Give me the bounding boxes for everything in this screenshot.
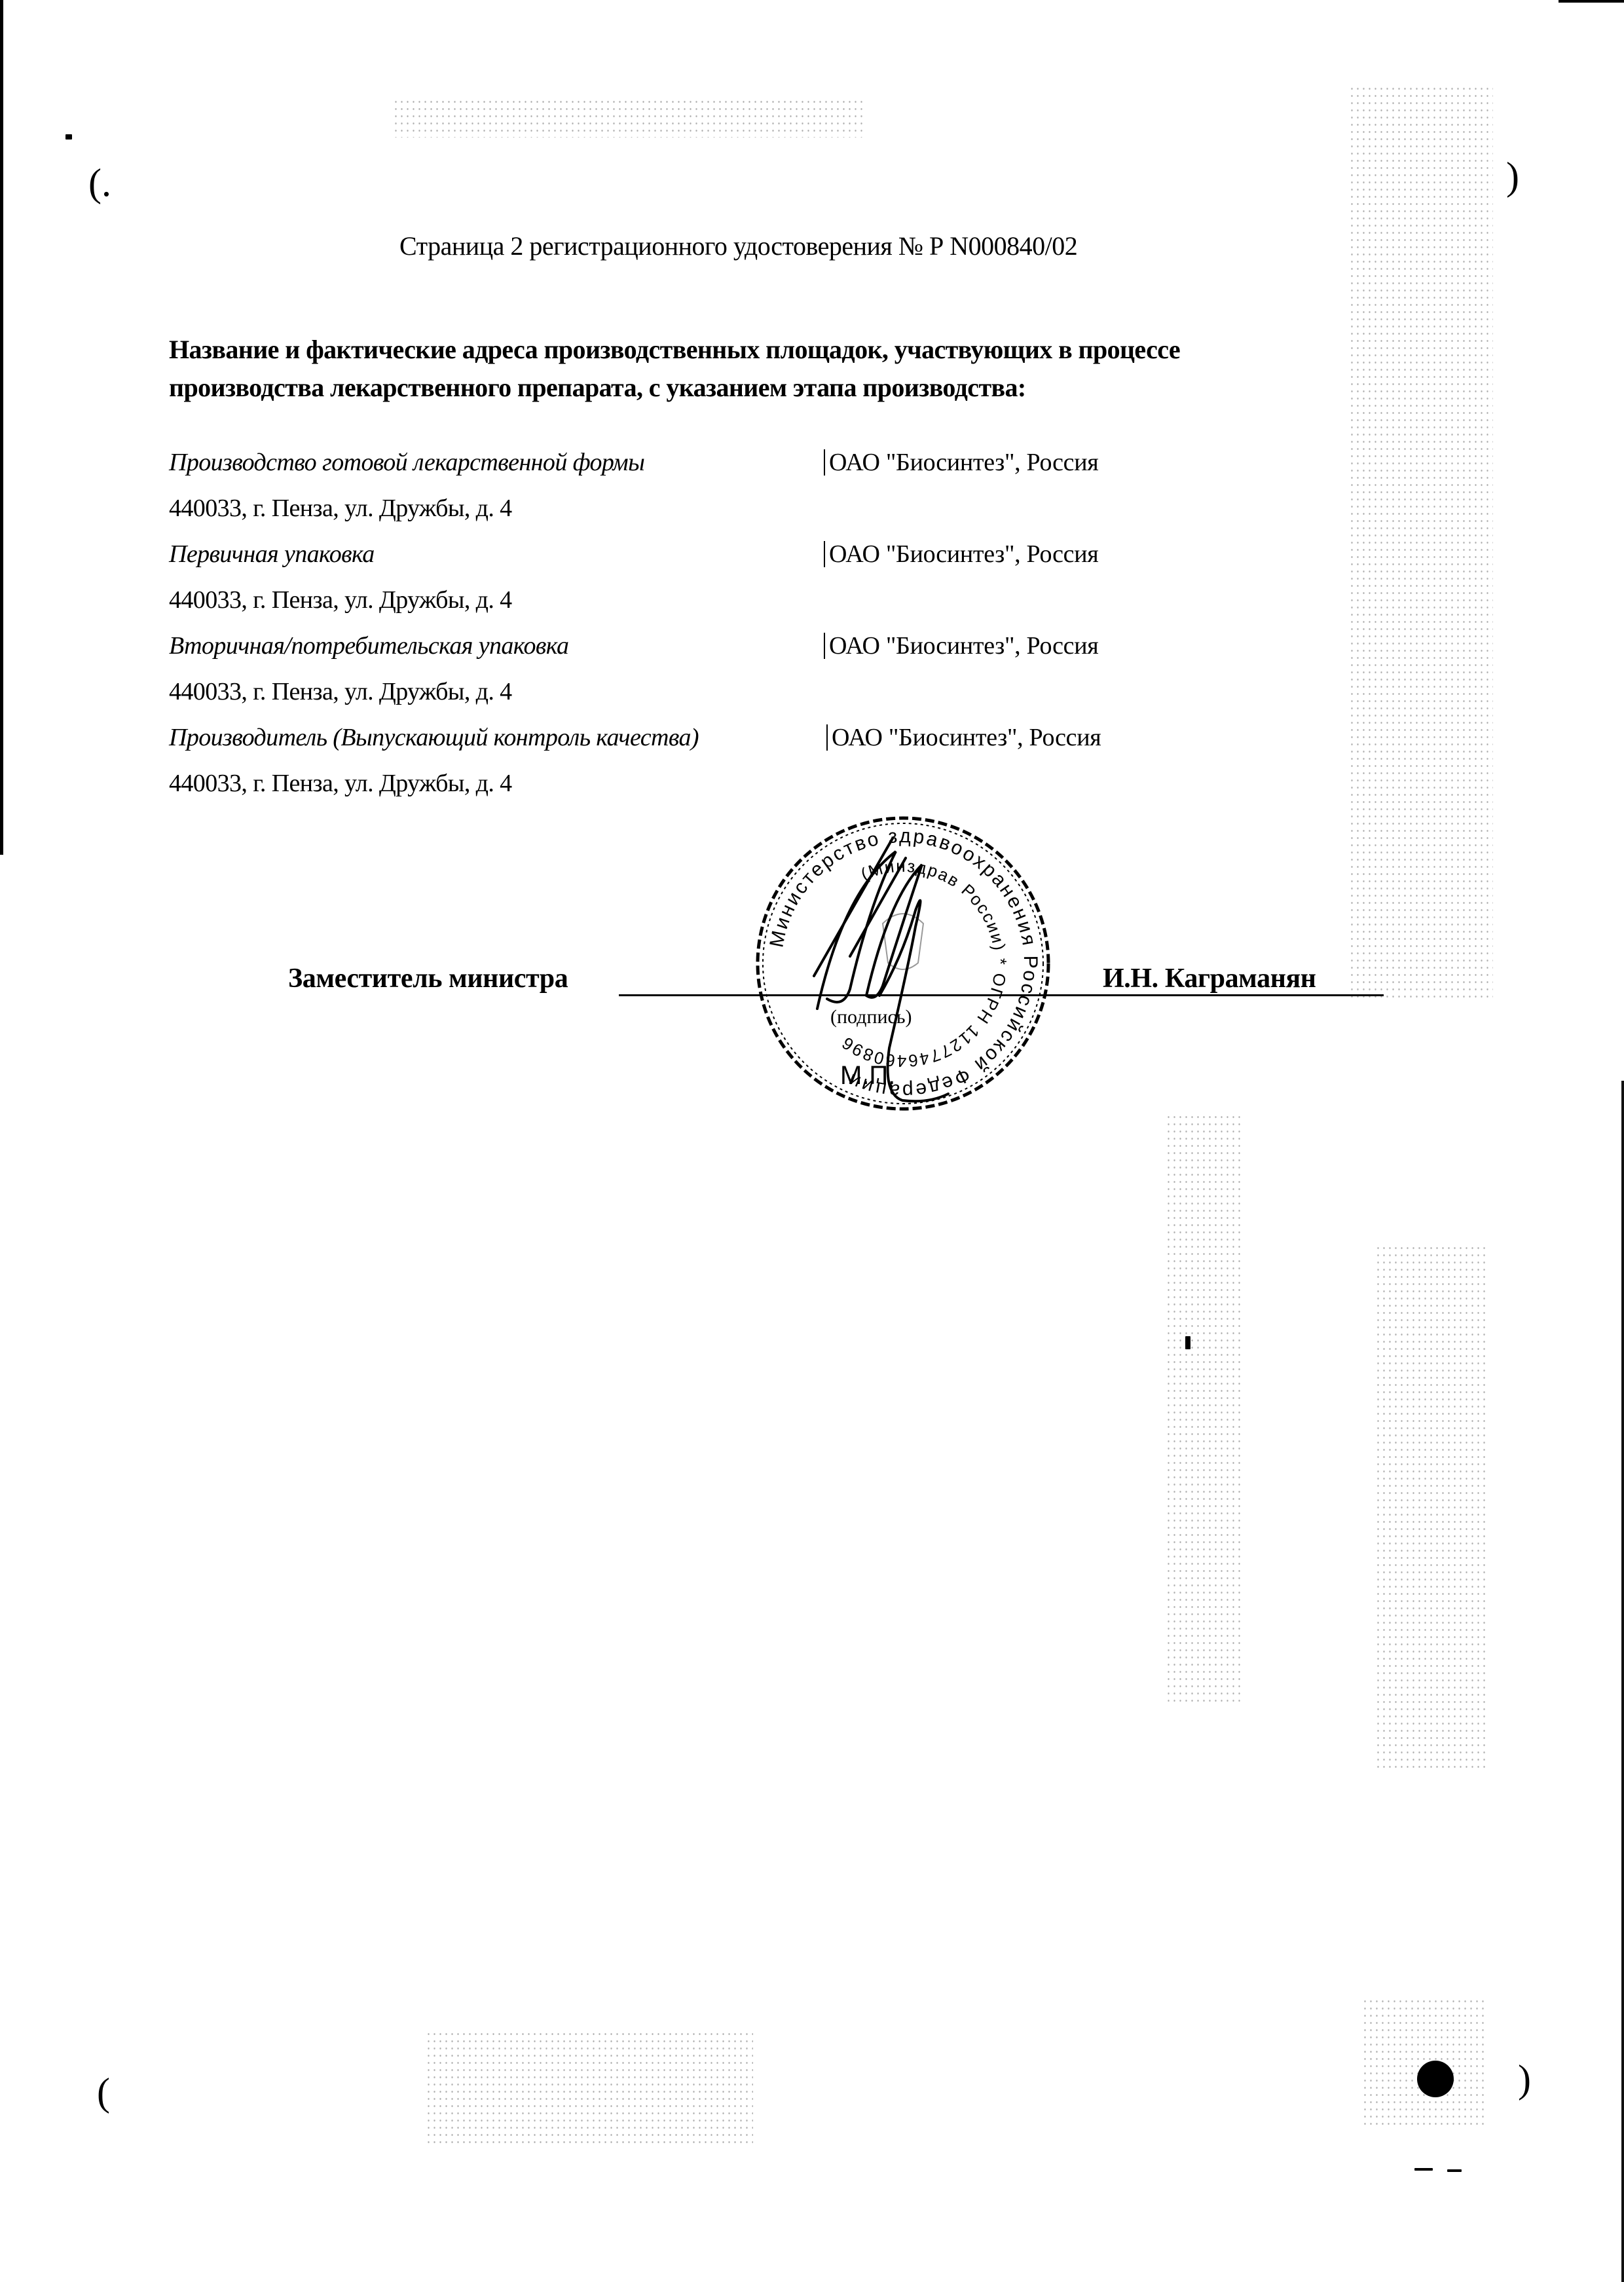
site-row: Первичная упаковка ОАО "Биосинтез", Росс… bbox=[169, 540, 1217, 631]
scan-noise bbox=[65, 134, 72, 140]
section-title: Название и фактические адреса производст… bbox=[169, 331, 1348, 407]
company-name: ОАО "Биосинтез", Россия bbox=[829, 631, 1098, 660]
production-stage: Производство готовой лекарственной формы bbox=[169, 448, 644, 477]
scan-noise bbox=[426, 2030, 753, 2148]
scan-noise bbox=[1185, 1336, 1190, 1349]
company-name: ОАО "Биосинтез", Россия bbox=[829, 448, 1098, 477]
scan-edge-right bbox=[1621, 1081, 1624, 2282]
scan-noise bbox=[1349, 85, 1493, 1002]
site-row: Производитель (Выпускающий контроль каче… bbox=[169, 723, 1217, 815]
scan-noise bbox=[1166, 1113, 1244, 1703]
scan-noise bbox=[393, 98, 864, 138]
company-name: ОАО "Биосинтез", Россия bbox=[829, 540, 1098, 569]
margin-mark: ) bbox=[1506, 154, 1519, 199]
site-row: Производство готовой лекарственной формы… bbox=[169, 448, 1217, 540]
hole-punch-mark bbox=[1417, 2061, 1454, 2097]
signatory-title: Заместитель министра bbox=[288, 963, 568, 994]
signature-line bbox=[619, 994, 1384, 996]
margin-mark: ) bbox=[1518, 2057, 1531, 2102]
margin-mark: (. bbox=[88, 160, 111, 206]
page-header: Страница 2 регистрационного удостоверени… bbox=[399, 231, 1077, 261]
section-title-line-2: производства лекарственного препарата, с… bbox=[169, 369, 1348, 407]
stamp-mp-label: М.П. bbox=[840, 1061, 895, 1091]
site-row: Вторичная/потребительская упаковка ОАО "… bbox=[169, 631, 1217, 723]
production-stage: Производитель (Выпускающий контроль каче… bbox=[169, 723, 699, 752]
scan-noise bbox=[1414, 2168, 1433, 2171]
site-address: 440033, г. Пенза, ул. Дружбы, д. 4 bbox=[169, 494, 512, 523]
section-title-line-1: Название и фактические адреса производст… bbox=[169, 331, 1348, 369]
production-stage: Вторичная/потребительская упаковка bbox=[169, 631, 568, 660]
margin-mark: ( bbox=[97, 2070, 110, 2115]
scan-edge-top-right bbox=[1559, 0, 1624, 3]
scan-noise bbox=[1362, 1998, 1486, 2129]
site-address: 440033, г. Пенза, ул. Дружбы, д. 4 bbox=[169, 586, 512, 614]
company-name: ОАО "Биосинтез", Россия bbox=[832, 723, 1101, 752]
scan-edge-left bbox=[0, 0, 3, 855]
scan-noise bbox=[1447, 2169, 1462, 2172]
site-address: 440033, г. Пенза, ул. Дружбы, д. 4 bbox=[169, 769, 512, 798]
production-stage: Первичная упаковка bbox=[169, 540, 375, 569]
signatory-name: И.Н. Каграманян bbox=[1103, 963, 1316, 994]
site-address: 440033, г. Пенза, ул. Дружбы, д. 4 bbox=[169, 677, 512, 706]
scan-noise bbox=[1375, 1244, 1486, 1768]
signature-block: Заместитель министра И.Н. Каграманян bbox=[288, 963, 1401, 1015]
